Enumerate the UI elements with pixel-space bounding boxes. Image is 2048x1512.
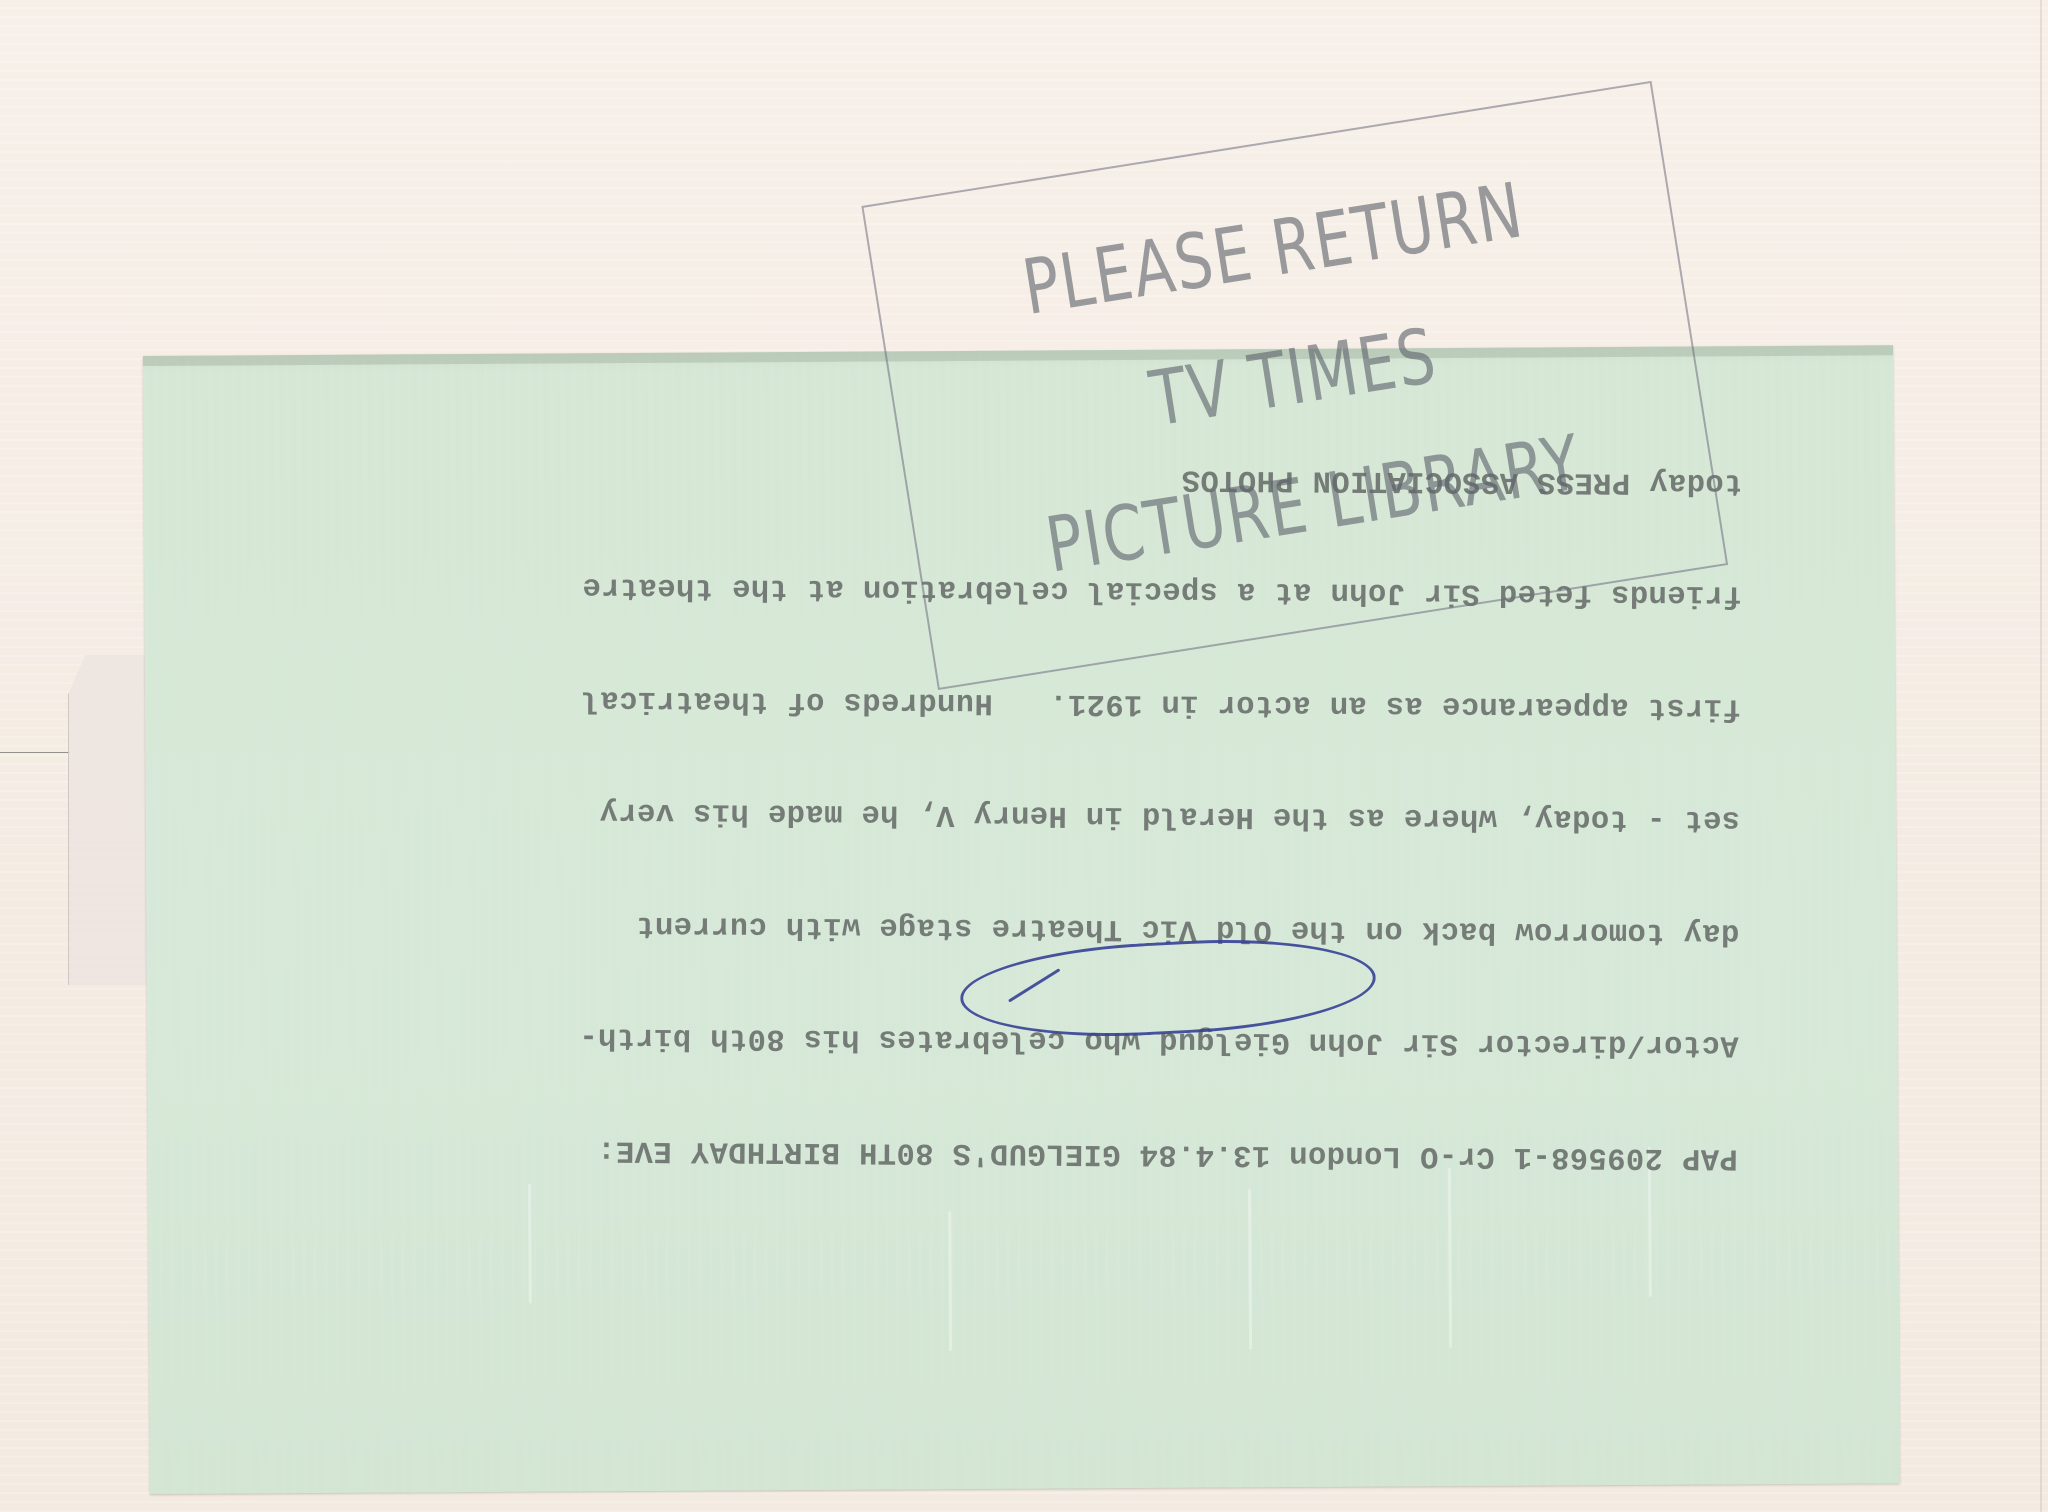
- backing-crease: [0, 752, 70, 753]
- caption-line: day tomorrow back on the Old Vic Theatre…: [159, 902, 1739, 951]
- caption-line: PAP 209568-1 Cr-O London 13.4.84 GIELGUD…: [158, 1127, 1738, 1176]
- backing-edge: [2040, 0, 2042, 1512]
- caption-line: set - today, where as the Herald in Henr…: [160, 789, 1740, 838]
- caption-line: Actor/director Sir John Gielgud who cele…: [158, 1014, 1738, 1063]
